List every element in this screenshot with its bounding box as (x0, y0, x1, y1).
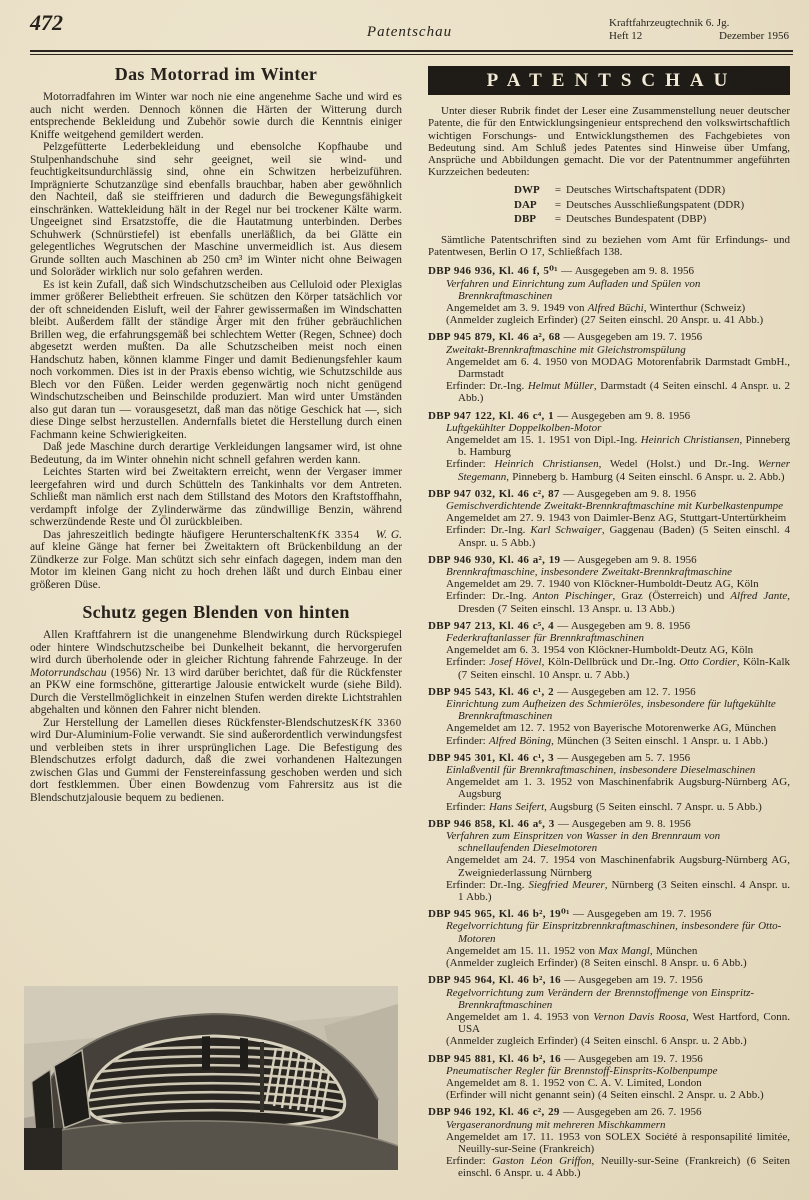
kfk-code: KfK 3354 (309, 529, 360, 541)
article-motorrad: Das Motorrad im Winter Motorradfahren im… (30, 64, 402, 591)
patent-detail-line: Angemeldet am 8. 1. 1952 von C. A. V. Li… (428, 1077, 790, 1089)
patent-code: DBP 946 936, Kl. 46 f, 5⁰¹ (428, 265, 558, 277)
equals-sign: = (550, 183, 566, 198)
equals-sign: = (550, 198, 566, 213)
paragraph: Motorradfahren im Winter war noch nie ei… (30, 91, 402, 141)
text-segment: (Anmelder zugleich Erfinder) (4 Seiten e… (446, 1035, 747, 1047)
abbreviation-definition: Deutsches Wirtschaftspatent (DDR) (566, 183, 725, 198)
patent-detail-line: Erfinder: Dr.-Ing. Karl Schwaiger, Gagge… (428, 524, 790, 548)
text-segment: Angemeldet am 6. 4. 1950 von MODAG Motor… (446, 356, 790, 380)
abbreviation-definition: Deutsches Bundespatent (DBP) (566, 212, 706, 227)
paragraph: KfK 3354W. G.Das jahreszeitlich bedingte… (30, 529, 402, 592)
patent-detail-line: (Anmelder zugleich Erfinder) (4 Seiten e… (428, 1035, 790, 1047)
abbreviation-list: DWP=Deutsches Wirtschaftspatent (DDR)DAP… (514, 183, 790, 227)
text-segment: Angemeldet am 12. 7. 1952 von Bayerische… (446, 722, 776, 734)
patent-code: DBP 945 881, Kl. 46 b², 16 (428, 1053, 561, 1065)
text-segment: Angemeldet am 15. 11. 1952 von (446, 945, 598, 957)
patent-header: DBP 947 032, Kl. 46 c², 87 — Ausgegeben … (428, 488, 790, 500)
patent-issue-date: — Ausgegeben am 9. 8. 1956 (554, 410, 690, 422)
text-segment: Erfinder: (446, 656, 489, 668)
text-segment: , Pinneberg b. Hamburg (4 Seiten einschl… (506, 471, 784, 483)
patent-list: DBP 946 936, Kl. 46 f, 5⁰¹ — Ausgegeben … (428, 265, 790, 1179)
paragraph: Allen Kraftfahrern ist die unangenehme B… (30, 629, 402, 717)
italic-text: Otto Cordier (679, 656, 736, 668)
text-segment: Es ist kein Zufall, daß sich Windschutzs… (30, 279, 402, 441)
patent-entry: DBP 945 881, Kl. 46 b², 16 — Ausgegeben … (428, 1053, 790, 1102)
journal-name: Kraftfahrzeugtechnik 6. Jg. (609, 17, 789, 30)
patent-detail-line: Erfinder: Dr.-Ing. Anton Pischinger, Gra… (428, 590, 790, 614)
text-segment: Erfinder: (446, 1155, 492, 1167)
text-segment: Angemeldet am 6. 3. 1954 von Klöckner-Hu… (446, 644, 753, 656)
paragraph: Es ist kein Zufall, daß sich Windschutzs… (30, 279, 402, 442)
patent-header: DBP 945 965, Kl. 46 b², 19⁰¹ — Ausgegebe… (428, 908, 790, 920)
patent-entry: DBP 947 213, Kl. 46 c⁵, 4 — Ausgegeben a… (428, 620, 790, 681)
patent-title: Verfahren zum Einspritzen von Wasser in … (428, 830, 790, 854)
issue-date: Dezember 1956 (719, 30, 789, 43)
italic-text: Max Mangl (598, 945, 650, 957)
patent-header: DBP 947 122, Kl. 46 c⁴, 1 — Ausgegeben a… (428, 410, 790, 422)
patent-code: DBP 947 122, Kl. 46 c⁴, 1 (428, 410, 554, 422)
text-segment: Erfinder: (446, 458, 494, 470)
paragraph: Pelzgefütterte Lederbekleidung und ebens… (30, 141, 402, 279)
patent-title: Regelvorrichtung zum Verändern der Brenn… (428, 987, 790, 1011)
text-segment: Daß jede Maschine durch derartige Verkle… (30, 441, 402, 466)
patent-intro: Unter dieser Rubrik findet der Leser ein… (428, 105, 790, 178)
article-title: Das Motorrad im Winter (30, 64, 402, 85)
patent-title: Federkraftanlasser für Brennkraftmaschin… (428, 632, 790, 644)
text-segment: Motorradfahren im Winter war noch nie ei… (30, 91, 402, 141)
patent-detail-line: Erfinder: Dr.-Ing. Helmut Müller, Darmst… (428, 380, 790, 404)
author-initials: W. G. (376, 529, 402, 541)
italic-text: Siegfried Meurer (528, 879, 604, 891)
patent-title: Einlaßventil für Brennkraftmaschinen, in… (428, 764, 790, 776)
patent-title: Einrichtung zum Aufheizen des Schmieröle… (428, 698, 790, 722)
article-title: Schutz gegen Blenden von hinten (30, 602, 402, 623)
patent-title: Brennkraftmaschine, insbesondere Zweitak… (428, 566, 790, 578)
patent-title: Verfahren und Einrichtung zum Aufladen u… (428, 278, 790, 302)
patent-issue-date: — Ausgegeben am 9. 8. 1956 (560, 488, 696, 500)
text-segment: (Erfinder will nicht genannt sein) (4 Se… (446, 1089, 764, 1101)
text-segment: Pelzgefütterte Lederbekleidung und ebens… (30, 141, 402, 278)
abbreviation-row: DAP=Deutsches Ausschließungspatent (DDR) (514, 198, 790, 213)
patent-code: DBP 947 213, Kl. 46 c⁵, 4 (428, 620, 554, 632)
header-rule (30, 50, 793, 55)
text-segment: Sämtliche Patentschriften sind zu bezieh… (428, 234, 790, 258)
patent-detail-line: Angemeldet am 27. 9. 1943 von Daimler-Be… (428, 512, 790, 524)
issue-line: Heft 12 Dezember 1956 (609, 30, 789, 43)
left-column: Das Motorrad im Winter Motorradfahren im… (30, 64, 402, 804)
article-body: Motorradfahren im Winter war noch nie ei… (30, 91, 402, 591)
patent-detail-line: Angemeldet am 3. 9. 1949 von Alfred Büch… (428, 302, 790, 314)
patent-header: DBP 946 858, Kl. 46 a⁶, 3 — Ausgegeben a… (428, 818, 790, 830)
patent-detail-line: Angemeldet am 12. 7. 1952 von Bayerische… (428, 722, 790, 734)
patent-issue-date: — Ausgegeben am 19. 7. 1956 (561, 1053, 703, 1065)
patent-title: Regelvorrichtung für Einspritzbrennkraft… (428, 920, 790, 944)
italic-text: Gaston Léon Griffon (492, 1155, 591, 1167)
italic-text: Vernon Davis Roosa (593, 1011, 686, 1023)
italic-text: Hans Seifert (489, 801, 544, 813)
patent-code: DBP 946 192, Kl. 46 c², 29 (428, 1106, 560, 1118)
abbreviation-definition: Deutsches Ausschließungspatent (DDR) (566, 198, 744, 213)
patent-title: Zweitakt-Brennkraftmaschine mit Gleichst… (428, 344, 790, 356)
patent-detail-line: Erfinder: Hans Seifert, Augsburg (5 Seit… (428, 801, 790, 813)
abbreviation-code: DWP (514, 183, 550, 198)
text-segment: , Köln-Dellbrück und Dr.-Ing. (542, 656, 680, 668)
patent-issue-date: — Ausgegeben am 5. 7. 1956 (554, 752, 690, 764)
patent-code: DBP 946 930, Kl. 46 a², 19 (428, 554, 560, 566)
patent-title: Pneumatischer Regler für Brennstoff-Eins… (428, 1065, 790, 1077)
patent-entry: DBP 947 032, Kl. 46 c², 87 — Ausgegeben … (428, 488, 790, 549)
patent-entry: DBP 946 192, Kl. 46 c², 29 — Ausgegeben … (428, 1106, 790, 1179)
issue-number: Heft 12 (609, 30, 642, 43)
item-signature: KfK 3354W. G. (309, 529, 402, 542)
abbreviation-row: DBP=Deutsches Bundespatent (DBP) (514, 212, 790, 227)
italic-text: Karl Schwaiger (530, 524, 602, 536)
patent-entry: DBP 945 301, Kl. 46 c¹, 3 — Ausgegeben a… (428, 752, 790, 813)
text-segment: Erfinder: Dr.-Ing. (446, 590, 533, 602)
patent-header: DBP 945 301, Kl. 46 c¹, 3 — Ausgegeben a… (428, 752, 790, 764)
italic-text: Helmut Müller (528, 380, 594, 392)
text-segment: Angemeldet am 24. 7. 1954 von Maschinenf… (446, 854, 790, 878)
patent-header: DBP 946 930, Kl. 46 a², 19 — Ausgegeben … (428, 554, 790, 566)
patent-title: Luftgekühlter Doppelkolben-Motor (428, 422, 790, 434)
availability-note: Sämtliche Patentschriften sind zu bezieh… (428, 234, 790, 258)
patent-detail-line: Angemeldet am 17. 11. 1953 von SOLEX Soc… (428, 1131, 790, 1155)
abbreviation-code: DBP (514, 212, 550, 227)
article-body: Allen Kraftfahrern ist die unangenehme B… (30, 629, 402, 804)
text-segment: Unter dieser Rubrik findet der Leser ein… (428, 105, 790, 178)
text-segment: Angemeldet am 8. 1. 1952 von C. A. V. Li… (446, 1077, 702, 1089)
patent-header: DBP 946 936, Kl. 46 f, 5⁰¹ — Ausgegeben … (428, 265, 790, 277)
article-photo (24, 986, 398, 1170)
patent-detail-line: Angemeldet am 29. 7. 1940 von Klöckner-H… (428, 578, 790, 590)
text-segment: Angemeldet am 1. 4. 1953 von (446, 1011, 593, 1023)
patent-detail-line: Erfinder: Heinrich Christiansen, Wedel (… (428, 458, 790, 482)
patent-issue-date: — Ausgegeben am 9. 8. 1956 (558, 265, 694, 277)
patent-detail-line: Angemeldet am 1. 4. 1953 von Vernon Davi… (428, 1011, 790, 1035)
text-segment: Leichtes Starten wird bei Zweitaktern er… (30, 466, 402, 528)
page-header: 472 Patentschau Kraftfahrzeugtechnik 6. … (30, 8, 789, 50)
patent-issue-date: — Ausgegeben am 26. 7. 1956 (560, 1106, 702, 1118)
italic-text: Heinrich Christiansen (494, 458, 598, 470)
paragraph: KfK 3360Zur Herstellung der Lamellen die… (30, 717, 402, 805)
text-segment: Erfinder: Dr.-Ing. (446, 879, 528, 891)
patent-issue-date: — Ausgegeben am 19. 7. 1956 (561, 974, 703, 986)
patent-detail-line: Erfinder: Alfred Böning, München (3 Seit… (428, 735, 790, 747)
text-segment: (Anmelder zugleich Erfinder) (27 Seiten … (446, 314, 763, 326)
patent-header: DBP 945 964, Kl. 46 b², 16 — Ausgegeben … (428, 974, 790, 986)
text-segment: Erfinder: Dr.-Ing. (446, 380, 528, 392)
right-column: PATENTSCHAU Unter dieser Rubrik findet d… (428, 64, 790, 1180)
italic-text: Heinrich Christiansen (641, 434, 740, 446)
patent-code: DBP 945 879, Kl. 46 a², 68 (428, 331, 560, 343)
patent-title: Gemischverdichtende Zweitakt-Brennkraftm… (428, 500, 790, 512)
text-segment: , Winterthur (Schweiz) (644, 302, 745, 314)
patent-header: DBP 946 192, Kl. 46 c², 29 — Ausgegeben … (428, 1106, 790, 1118)
magazine-page: 472 Patentschau Kraftfahrzeugtechnik 6. … (0, 0, 809, 1200)
patent-issue-date: — Ausgegeben am 19. 7. 1956 (560, 331, 702, 343)
kfk-code: KfK 3360 (351, 717, 402, 729)
patent-issue-date: — Ausgegeben am 9. 8. 1956 (555, 818, 691, 830)
text-segment: , Wedel (Holst.) und Dr.-Ing. (599, 458, 758, 470)
patent-detail-line: (Anmelder zugleich Erfinder) (8 Seiten e… (428, 957, 790, 969)
abbreviation-code: DAP (514, 198, 550, 213)
patent-code: DBP 945 543, Kl. 46 c¹, 2 (428, 686, 554, 698)
patent-code: DBP 945 301, Kl. 46 c¹, 3 (428, 752, 554, 764)
patent-header: DBP 945 879, Kl. 46 a², 68 — Ausgegeben … (428, 331, 790, 343)
item-signature: KfK 3360 (351, 717, 402, 730)
italic-text: Alfred Böning (489, 735, 551, 747)
patent-detail-line: Angemeldet am 1. 3. 1952 von Maschinenfa… (428, 776, 790, 800)
patent-entry: DBP 945 879, Kl. 46 a², 68 — Ausgegeben … (428, 331, 790, 404)
patent-detail-line: Angemeldet am 24. 7. 1954 von Maschinenf… (428, 854, 790, 878)
patent-header: DBP 945 543, Kl. 46 c¹, 2 — Ausgegeben a… (428, 686, 790, 698)
text-segment: Angemeldet am 17. 11. 1953 von SOLEX Soc… (446, 1131, 790, 1155)
italic-text: Alfred Jante (730, 590, 787, 602)
equals-sign: = (550, 212, 566, 227)
text-segment: , Augsburg (5 Seiten einschl. 7 Anspr. u… (544, 801, 762, 813)
text-segment: Zur Herstellung der Lamellen dieses Rück… (30, 717, 402, 804)
text-segment: Angemeldet am 1. 3. 1952 von Maschinenfa… (446, 776, 790, 800)
italic-text: Motorrundschau (30, 667, 107, 679)
italic-text: Josef Hövel (489, 656, 541, 668)
patent-entry: DBP 947 122, Kl. 46 c⁴, 1 — Ausgegeben a… (428, 410, 790, 483)
journal-info: Kraftfahrzeugtechnik 6. Jg. Heft 12 Deze… (609, 17, 789, 43)
patent-detail-line: Erfinder: Gaston Léon Griffon, Neuilly-s… (428, 1155, 790, 1179)
patent-code: DBP 945 964, Kl. 46 b², 16 (428, 974, 561, 986)
text-segment: Erfinder: (446, 801, 489, 813)
abbreviation-row: DWP=Deutsches Wirtschaftspatent (DDR) (514, 183, 790, 198)
text-segment: Angemeldet am 3. 9. 1949 von (446, 302, 588, 314)
text-segment: , Graz (Österreich) und (613, 590, 731, 602)
patent-detail-line: Erfinder: Josef Hövel, Köln-Dellbrück un… (428, 656, 790, 680)
patent-entry: DBP 945 543, Kl. 46 c¹, 2 — Ausgegeben a… (428, 686, 790, 747)
text-segment: Angemeldet am 29. 7. 1940 von Klöckner-H… (446, 578, 759, 590)
patent-issue-date: — Ausgegeben am 9. 8. 1956 (560, 554, 696, 566)
patent-code: DBP 946 858, Kl. 46 a⁶, 3 (428, 818, 555, 830)
patent-entry: DBP 946 930, Kl. 46 a², 19 — Ausgegeben … (428, 554, 790, 615)
text-segment: , München (3 Seiten einschl. 1 Anspr. u.… (551, 735, 768, 747)
text-segment: Erfinder: Dr.-Ing. (446, 524, 530, 536)
patent-detail-line: Erfinder: Dr.-Ing. Siegfried Meurer, Nür… (428, 879, 790, 903)
patent-entry: DBP 946 858, Kl. 46 a⁶, 3 — Ausgegeben a… (428, 818, 790, 903)
text-segment: Angemeldet am 27. 9. 1943 von Daimler-Be… (446, 512, 786, 524)
patent-header: DBP 947 213, Kl. 46 c⁵, 4 — Ausgegeben a… (428, 620, 790, 632)
text-segment: , München (650, 945, 698, 957)
patent-entry: DBP 946 936, Kl. 46 f, 5⁰¹ — Ausgegeben … (428, 265, 790, 326)
italic-text: Anton Pischinger (533, 590, 613, 602)
text-segment: Erfinder: (446, 735, 489, 747)
patent-detail-line: (Erfinder will nicht genannt sein) (4 Se… (428, 1089, 790, 1101)
patent-detail-line: Angemeldet am 15. 1. 1951 von Dipl.-Ing.… (428, 434, 790, 458)
patent-header: DBP 945 881, Kl. 46 b², 16 — Ausgegeben … (428, 1053, 790, 1065)
patent-issue-date: — Ausgegeben am 12. 7. 1956 (554, 686, 696, 698)
patent-entry: DBP 945 965, Kl. 46 b², 19⁰¹ — Ausgegebe… (428, 908, 790, 969)
article-blendschutz: Schutz gegen Blenden von hinten Allen Kr… (30, 602, 402, 804)
patent-code: DBP 945 965, Kl. 46 b², 19⁰¹ (428, 908, 570, 920)
patent-issue-date: — Ausgegeben am 19. 7. 1956 (570, 908, 712, 920)
patent-issue-date: — Ausgegeben am 9. 8. 1956 (554, 620, 690, 632)
car-rear-window-blind-photo (24, 986, 398, 1170)
patent-detail-line: (Anmelder zugleich Erfinder) (27 Seiten … (428, 314, 790, 326)
text-segment: Angemeldet am 15. 1. 1951 von Dipl.-Ing. (446, 434, 641, 446)
patent-detail-line: Angemeldet am 6. 3. 1954 von Klöckner-Hu… (428, 644, 790, 656)
italic-text: Alfred Büchi (588, 302, 644, 314)
patent-entry: DBP 945 964, Kl. 46 b², 16 — Ausgegeben … (428, 974, 790, 1047)
text-segment: (Anmelder zugleich Erfinder) (8 Seiten e… (446, 957, 747, 969)
patentschau-banner: PATENTSCHAU (428, 66, 790, 95)
text-segment: Allen Kraftfahrern ist die unangenehme B… (30, 629, 402, 666)
paragraph: Daß jede Maschine durch derartige Verkle… (30, 441, 402, 466)
patent-code: DBP 947 032, Kl. 46 c², 87 (428, 488, 560, 500)
patent-detail-line: Angemeldet am 6. 4. 1950 von MODAG Motor… (428, 356, 790, 380)
paragraph: Leichtes Starten wird bei Zweitaktern er… (30, 466, 402, 529)
patent-detail-line: Angemeldet am 15. 11. 1952 von Max Mangl… (428, 945, 790, 957)
patent-title: Vergaseranordnung mit mehreren Mischkamm… (428, 1119, 790, 1131)
